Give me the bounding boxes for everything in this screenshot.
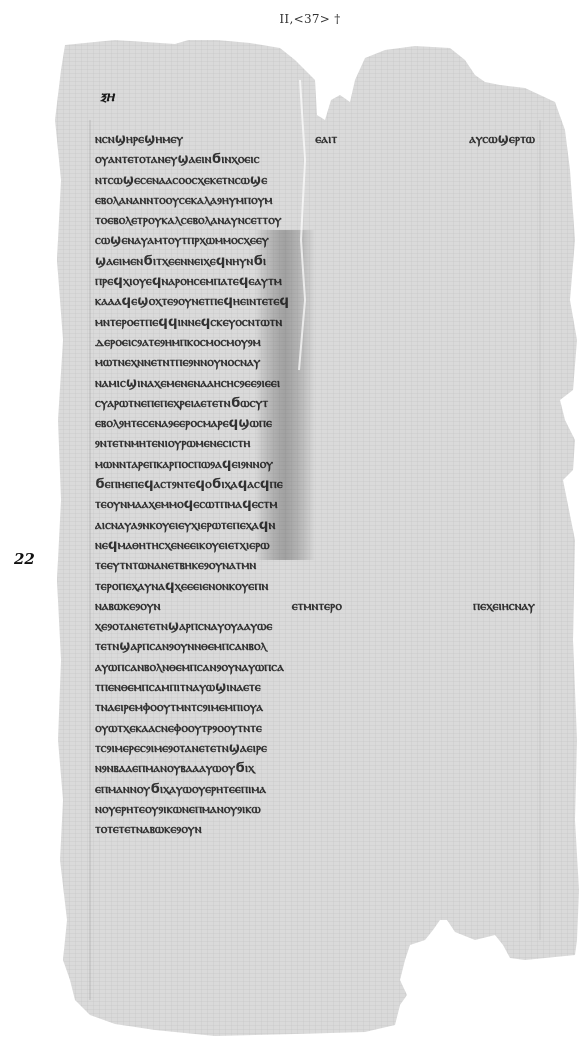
text-line: ⲉⲃⲟⲗⲁⲛⲁⲛⲛⲧⲟⲟⲩⲥⲉⲕⲁⲗⲁⳋⲏⲩⲙⲡⲟⲩⲙ (95, 191, 535, 211)
text-line: ⲛⲁⲃⲱⲕⲉⳋⲟⲩⲛ ⲉⲧⲙⲛⲧⲉⲣⲟ ⲡⲉⲭⲉⲓⲏⲥⲛⲁⲩ (95, 597, 535, 617)
text-line: ⲛⲁⲙⲓⲥϣⲓⲛⲁⲭⲉⲙⲉⲛⲉⲛⲁⲁⲏⲥⲏⲥⳋⲉⲉⳋⲓⲉⲉⲓ (95, 374, 535, 394)
text-line: ⲉⲡⲙⲁⲛⲛⲟⲩϭⲓⲭⲁⲩⲱⲟⲩⲉⲣⲏⲧⲉⲉⲡⲓⲙⲁ (95, 780, 535, 800)
text-line: ⲧⲥⳋⲓⲙⲉⲣⲉⲥⳋⲓⲙⲉⳋⲟⲧⲁⲛⲉⲧⲉⲧⲛϣⲁⲉⲓⲣⲉ (95, 739, 535, 759)
text-line: ⲧⲡⲉⲛⲑⲉⲙⲡⲥⲁⲙⲡⲓⲧⲛⲁⲩⲱϣⲓⲛⲁⲉⲧⲉ (95, 678, 535, 698)
text-line: ⲥⲱϣⲉⲛⲁⲩⲁⲙⲧⲟⲩⲧⲡⲣⲭⲱⲙⲙⲟⲥⲭⲉⲉⲩ (95, 231, 535, 251)
text-line: ⲧⲉⲧⲛϣⲁⲣⲡⲥⲁⲛⳋⲟⲩⲛⲛⲑⲉⲙⲡⲥⲁⲛⲃⲟⲗ (95, 637, 535, 657)
text-line: ⲧⲉⲣⲟⲡⲉⲭⲁⲩⲛⲁϥⲭⲉⲉⲉⲓⲉⲛⲟⲛⲕⲟⲩⲉⲡⲛ (95, 577, 535, 597)
text-line: ⲧⲉⲉⲩⲧⲛⲧⲱⲛⲁⲛⲉⲧⲃⲏⲕⲉⳋⲟⲩⲛⲁⲧⲙⲛ (95, 556, 535, 576)
papyrus-leaf: ⲝⲏ ⲛⲥⲛϣⲏⲣⲉϣⲏⲙⲉⲩ ⲉⲁⲓⲧ ⲁⲩⲥⲱϣⲉⲣⲧⲱ ⲟⲩⲁⲛⲧⲉⲧⲟⲧ… (55, 40, 581, 1036)
text-line: ⳋⲛⲧⲉⲧⲛⲙⲏⲧⲉⲛⲓⲟⲩⲣⲱⲙⲉⲛⲉⲥⲓⲥⲧⲏ (95, 434, 535, 454)
text-line: ⲙⲱⲛⲛⲧⲁⲣⲉⲡⲕⲁⲣⲡⲟⲥⲡⲱⳋⲁϥⲉⲓⳋⲛⲛⲟⲩ (95, 455, 535, 475)
text-line: ⲧⲉⲟⲩⲛⲙⲁⲁⲭⲉⲙⲙⲟϥⲉⲥⲱⲧⲡⲙⲁϥⲉⲥⲧⲙ (95, 495, 535, 515)
text-line: ϭⲉⲡⲏⲉⲡⲉϥⲁⲥⲧⳋⲛⲧⲉϥⲟϭⲓⲭⲁϥⲁⲥϥⲡⲉ (95, 475, 535, 495)
text-line: ⲧⲛⲁⲉⲓⲣⲉⲙⲫⲟⲟⲩⲧⲙⲛⲧⲥⳋⲓⲙⲉⲙⲡⲓⲟⲩⲁ (95, 698, 535, 718)
text-line: ⲙⲛⲧⲉⲣⲟⲉⲧⲡⲉϥϥⲓⲛⲛⲉϥⲥⲕⲉⲩⲟⲥⲛⲧⲱⲧⲛ (95, 313, 535, 333)
text-line: ⲥⲩⲁⲣⲱⲧⲛⲉⲡⲉⲡⲉⲭⲣⲉⲓⲁⲉⲧⲉⲧⲛϭⲱⲥⲩⲧ (95, 394, 535, 414)
text-line: ⲁⲓⲥⲛⲁⲩⲁⳋⲛⲕⲟⲩⲉⲓⲉⲩⲭⲓⲉⲣⲱⲧⲉⲡⲉⲭⲁϥⲛ (95, 516, 535, 536)
text-line: ⲧⲟⲉⲃⲟⲗⲉⲧⲣⲟⲩⲕⲁⲗⲥⲉⲃⲟⲗⲁⲛⲁⲩⲛⲥⲉⲧⲧⲟⲩ (95, 211, 535, 231)
manuscript-text: ⲛⲥⲛϣⲏⲣⲉϣⲏⲙⲉⲩ ⲉⲁⲓⲧ ⲁⲩⲥⲱϣⲉⲣⲧⲱ ⲟⲩⲁⲛⲧⲉⲧⲟⲧⲁⲛⲉ… (95, 130, 535, 840)
text-line: ⲛⳋⲛⲃⲁⲁⲉⲡⲙⲁⲛⲟⲩⲃⲁⲁⲁⲩⲱⲟⲩϭⲓⲭ (95, 759, 535, 779)
quire-number: ⲝⲏ (100, 86, 114, 106)
text-line: ⲧⲟⲧⲉⲧⲉⲧⲛⲁⲃⲱⲕⲉⳋⲟⲩⲛ (95, 820, 535, 840)
text-line: ⲛⲟⲩⲉⲣⲏⲧⲉⲟⲩⳋⲓⲕⲱⲛⲉⲡⲙⲁⲛⲟⲩⳋⲓⲕⲱ (95, 800, 535, 820)
text-line: ⲭⲉⳋⲟⲧⲁⲛⲉⲧⲉⲧⲛϣⲁⲣⲡⲥⲛⲁⲩⲟⲩⲁⲁⲩⲱⲉ (95, 617, 535, 637)
text-line: ⲡⲣⲉϥⲭⲓⲟⲩⲉϥⲛⲁⲣⲟⲏⲥⲉⲙⲡⲁⲧⲉϥⲉⲁⲩⲧⲙ (95, 272, 535, 292)
text-line: ⲛⲧⲥⲱϣⲉⲥⲉⲛⲁⲁⲥⲟⲟⲥⲭⲉⲕⲉⲧⲛⲥⲱϣⲉ (95, 171, 535, 191)
text-line: ⲇⲉⲣⲟⲉⲓⲥⳋⲁⲧⲉⳋⲏⲙⲡⲕⲟⲥⲙⲟⲥⲙⲟⲩⳋⲙ (95, 333, 535, 353)
text-line: ⲟⲩⲱⲧⲭⲉⲕⲁⲁⲥⲛⲉⲫⲟⲟⲩⲧⲣⳋⲟⲟⲩⲧⲛⲧⲉ (95, 719, 535, 739)
margin-line-number: 22 (14, 550, 35, 568)
text-line: ⲛⲉϥⲙⲁⲑⲏⲧⲏⲥⲭⲉⲛⲉⲉⲓⲕⲟⲩⲉⲓⲉⲧⲭⲓⲉⲣⲱ (95, 536, 535, 556)
text-line: ⲁⲩⲱⲡⲥⲁⲛⲃⲟⲗⲛⲑⲉⲙⲡⲥⲁⲛⳋⲟⲩⲛⲁⲩⲱⲡⲥⲁ (95, 658, 535, 678)
text-line: ⲕⲁⲁⲁϥⲉϣⲟⲭⲧⲉⳋⲟⲩⲛⲉⲧⲡⲉϥⲏⲉⲓⲛⲧⲉⲧⲉϥ (95, 292, 535, 312)
text-line: ⲟⲩⲁⲛⲧⲉⲧⲟⲧⲁⲛⲉⲩϣⲁⲉⲓⲛϭⲓⲛⲭⲟⲉⲓⲥ (95, 150, 535, 170)
text-line: ⲛⲥⲛϣⲏⲣⲉϣⲏⲙⲉⲩ ⲉⲁⲓⲧ ⲁⲩⲥⲱϣⲉⲣⲧⲱ (95, 130, 535, 150)
text-line: ϣⲁⲉⲓⲙⲉⲛϭⲓⲧⲭⲉⲉⲛⲛⲉⲓⲭⲉϥⲛⲏⲩⲛϭⲓ (95, 252, 535, 272)
text-line: ⲙⲱⲧⲛⲉⲭⲛⲛⲉⲧⲛⲧⲡⲉⳋⲛⲛⲟⲩⲛⲟⲥⲛⲁⲩ (95, 353, 535, 373)
page-reference: II,<37> † (270, 12, 350, 26)
text-line: ⲉⲃⲟⲗⳋⲏⲧⲉⲥⲉⲛⲁⳋⲉⲉⲣⲟⲥⲙⲁⲣⲉϥϣⲱⲡⲉ (95, 414, 535, 434)
